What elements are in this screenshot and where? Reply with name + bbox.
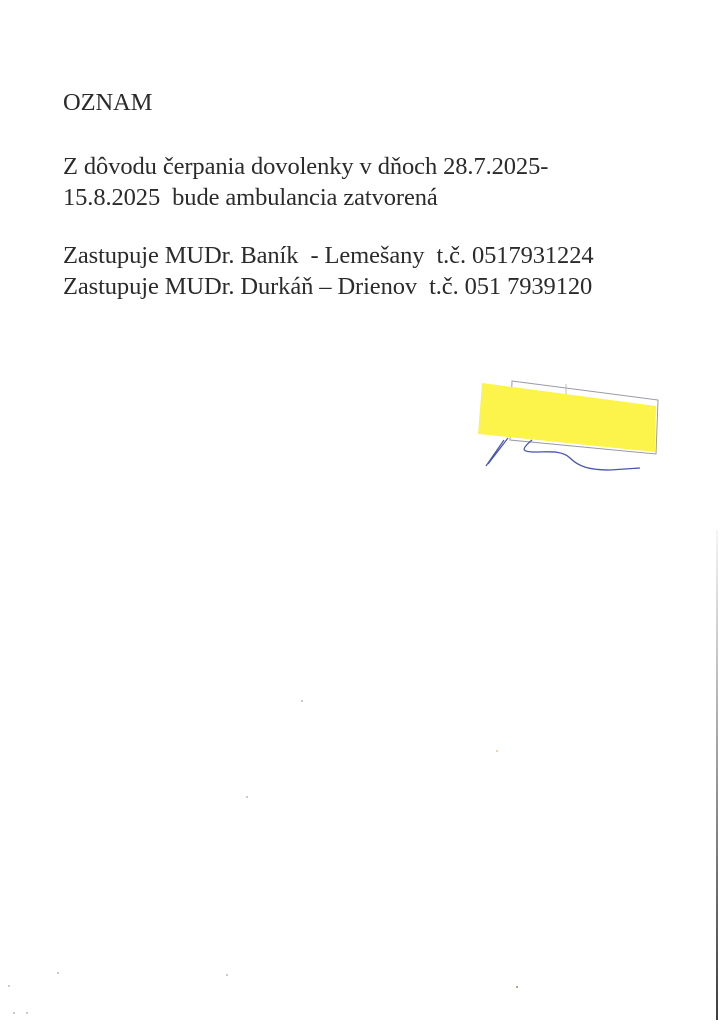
- scan-speck: [13, 1012, 15, 1014]
- document-title: OZNAM: [63, 88, 152, 118]
- scan-speck: [226, 974, 228, 976]
- stamp-and-signature: [470, 370, 670, 480]
- scan-speck: [26, 1012, 28, 1014]
- scan-speck: [301, 700, 303, 702]
- closure-notice-line-2: 15.8.2025 bude ambulancia zatvorená: [63, 183, 438, 213]
- signature-stamp-area: [470, 370, 670, 480]
- scan-speck: [246, 796, 248, 798]
- scanned-document-page: OZNAM Z dôvodu čerpania dovolenky v dňoc…: [0, 0, 724, 1024]
- scan-edge-line: [716, 530, 718, 1020]
- scan-speck: [516, 986, 518, 988]
- scan-speck: [57, 972, 59, 974]
- substitute-doctor-2: Zastupuje MUDr. Durkáň – Drienov t.č. 05…: [63, 272, 592, 302]
- scan-speck: [496, 750, 498, 752]
- signature-icon: [486, 438, 508, 466]
- closure-notice-line-1: Z dôvodu čerpania dovolenky v dňoch 28.7…: [63, 152, 548, 182]
- substitute-doctor-1: Zastupuje MUDr. Baník - Lemešany t.č. 05…: [63, 241, 594, 271]
- scan-speck: [8, 985, 10, 987]
